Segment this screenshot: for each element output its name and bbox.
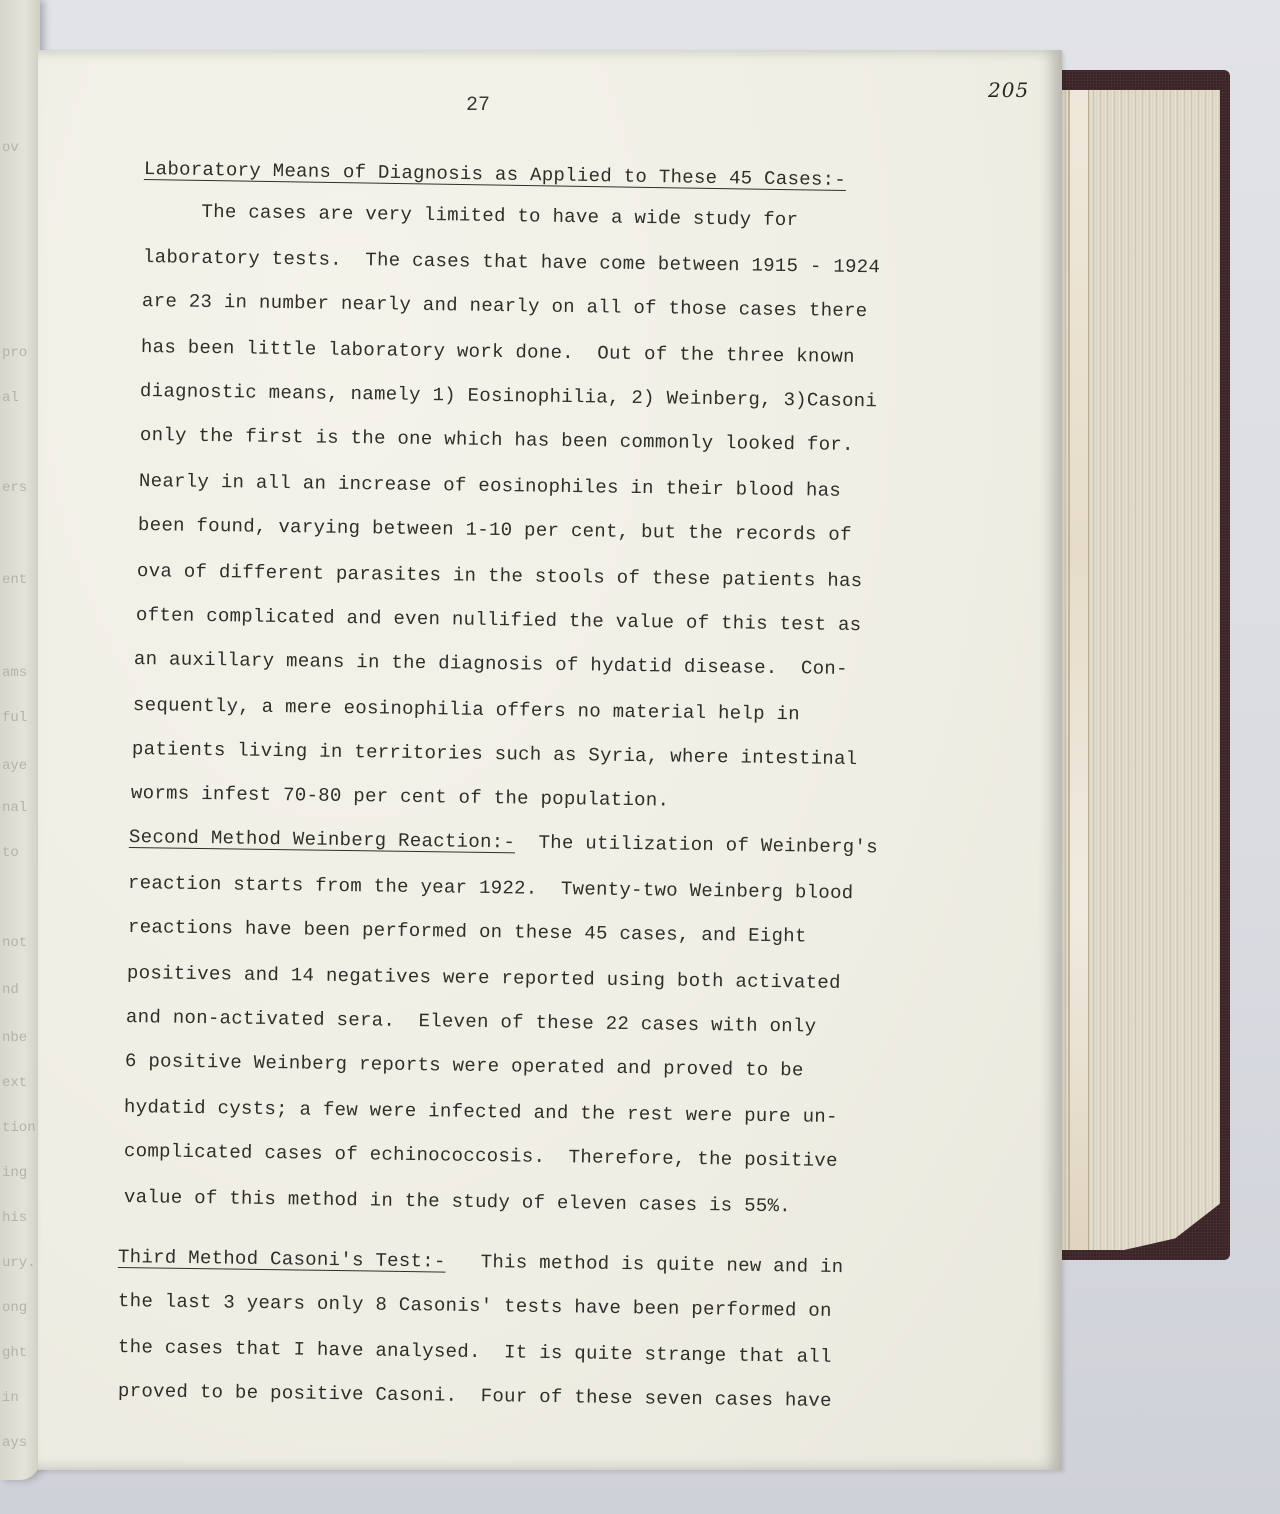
paragraph-line: complicated cases of echinococcosis. The… [124, 1140, 838, 1172]
left-page-fragment: pro [2, 345, 27, 361]
spine-stamp [1104, 630, 1118, 750]
section-heading-casoni: Third Method Casoni's Test:- [118, 1246, 446, 1273]
left-page-fragment: nd [2, 982, 19, 998]
left-page-fragment: ury. [2, 1255, 36, 1271]
paragraph-line: the cases that I have analysed. It is qu… [118, 1336, 832, 1368]
handwritten-archive-number: 205 [988, 78, 1029, 102]
left-page-fragment: ght [2, 1345, 27, 1361]
left-page-fragment: ams [2, 665, 27, 681]
left-page-fragment: ays [2, 1435, 27, 1451]
left-page-fragment: ong [2, 1300, 27, 1316]
left-page-fragment: ov [2, 140, 19, 156]
left-page-fragment: ing [2, 1165, 27, 1181]
left-page-fragment: nbe [2, 1030, 27, 1046]
paragraph-line: positives and 14 negatives were reported… [127, 962, 841, 994]
paragraph-line: The cases are very limited to have a wid… [143, 200, 799, 231]
paragraph-line: Nearly in all an increase of eosinophile… [139, 470, 841, 502]
paragraph-line: are 23 in number nearly and nearly on al… [142, 290, 868, 322]
paragraph-line: patients living in territories such as S… [132, 738, 858, 770]
left-page-fragment: in [2, 1390, 19, 1406]
section-line-casoni: Third Method Casoni's Test:- This method… [118, 1246, 844, 1278]
left-page-fragment: ent [2, 572, 27, 588]
paragraph-line: hydatid cysts; a few were infected and t… [124, 1096, 838, 1128]
left-page-fragment: tion [2, 1120, 36, 1136]
paragraph-line: diagnostic means, namely 1) Eosinophilia… [140, 380, 877, 412]
left-page-fragment: ful [2, 710, 27, 726]
left-page-fragment: to [2, 845, 19, 861]
left-page-fragment: nal [2, 800, 27, 816]
paragraph-line: value of this method in the study of ele… [124, 1186, 791, 1217]
page-number: 27 [466, 94, 490, 117]
section-line-continuation: This method is quite new and in [445, 1251, 843, 1279]
left-page-fragment: not [2, 935, 27, 951]
paragraph-line: has been little laboratory work done. Ou… [141, 336, 855, 368]
section-heading-laboratory: Laboratory Means of Diagnosis as Applied… [144, 158, 846, 191]
paragraph-line: only the first is the one which has been… [140, 424, 854, 456]
paragraph-line: worms infest 70-80 per cent of the popul… [131, 782, 670, 812]
paragraph-line: proved to be positive Casoni. Four of th… [118, 1380, 832, 1412]
left-page-fragment: aye [2, 758, 27, 774]
left-page-fragment: his [2, 1210, 27, 1226]
paragraph-line: been found, varying between 1-10 per cen… [138, 514, 852, 546]
section-heading-weinberg: Second Method Weinberg Reaction:- [129, 826, 515, 853]
paragraph-line: ova of different parasites in the stools… [137, 560, 863, 592]
paragraph-line: 6 positive Weinberg reports were operate… [125, 1050, 804, 1081]
left-page-edge: ov pro al ers ent ams ful aye nal to not… [0, 0, 40, 1480]
paragraph-line: sequently, a mere eosinophilia offers no… [133, 694, 800, 725]
paragraph-line: reactions have been performed on these 4… [128, 916, 807, 947]
paragraph-line: reaction starts from the year 1922. Twen… [128, 872, 854, 904]
stained-page-edge [1068, 90, 1089, 1250]
paragraph-line: laboratory tests. The cases that have co… [143, 246, 880, 278]
left-page-fragment: al [2, 390, 19, 406]
paragraph-line: the last 3 years only 8 Casonis' tests h… [118, 1290, 832, 1322]
section-line-weinberg: Second Method Weinberg Reaction:- The ut… [129, 826, 878, 858]
document-page: 27 205 Laboratory Means of Diagnosis as … [38, 50, 1062, 1470]
left-page-fragment: ers [2, 480, 27, 496]
paragraph-line: and non-activated sera. Eleven of these … [126, 1006, 817, 1038]
paragraph-line: often complicated and even nullified the… [136, 604, 862, 636]
page-block-edge [1060, 90, 1220, 1250]
left-page-fragment: ext [2, 1075, 27, 1091]
section-line-continuation: The utilization of Weinberg's [515, 831, 878, 858]
paragraph-line: an auxillary means in the diagnosis of h… [134, 648, 848, 680]
